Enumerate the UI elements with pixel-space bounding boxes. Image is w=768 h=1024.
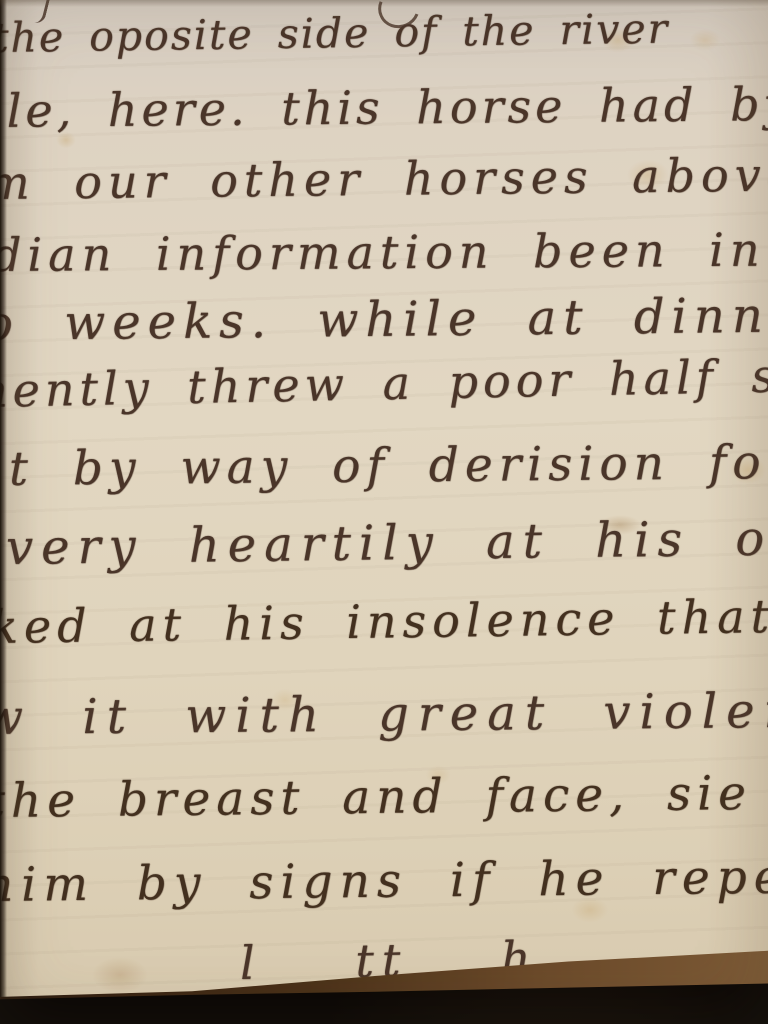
photo-left-edge (0, 0, 7, 1024)
manuscript-line: the breast and face, sie (0, 766, 752, 829)
manuscript-line: w it with great violen (0, 683, 768, 746)
manuscript-line: him by signs if he repe (0, 850, 768, 913)
photo-top-edge (0, 0, 768, 7)
manuscript-line: it by way of derision fo (0, 435, 767, 497)
manuscript-line: o weeks. while at dinner a (0, 286, 768, 352)
manuscript-photo: the oposite side of the river ile, here.… (0, 0, 768, 1024)
manuscript-line: ked at his insolence that (0, 589, 768, 654)
manuscript-line: ile, here. this horse had by (0, 77, 768, 138)
manuscript-line: very heartily at his ow (6, 510, 768, 576)
manuscript-line: dian information been in (0, 223, 766, 282)
manuscript-line: the oposite side of the river (0, 5, 670, 62)
manuscript-line: m our other horses above (0, 147, 768, 210)
